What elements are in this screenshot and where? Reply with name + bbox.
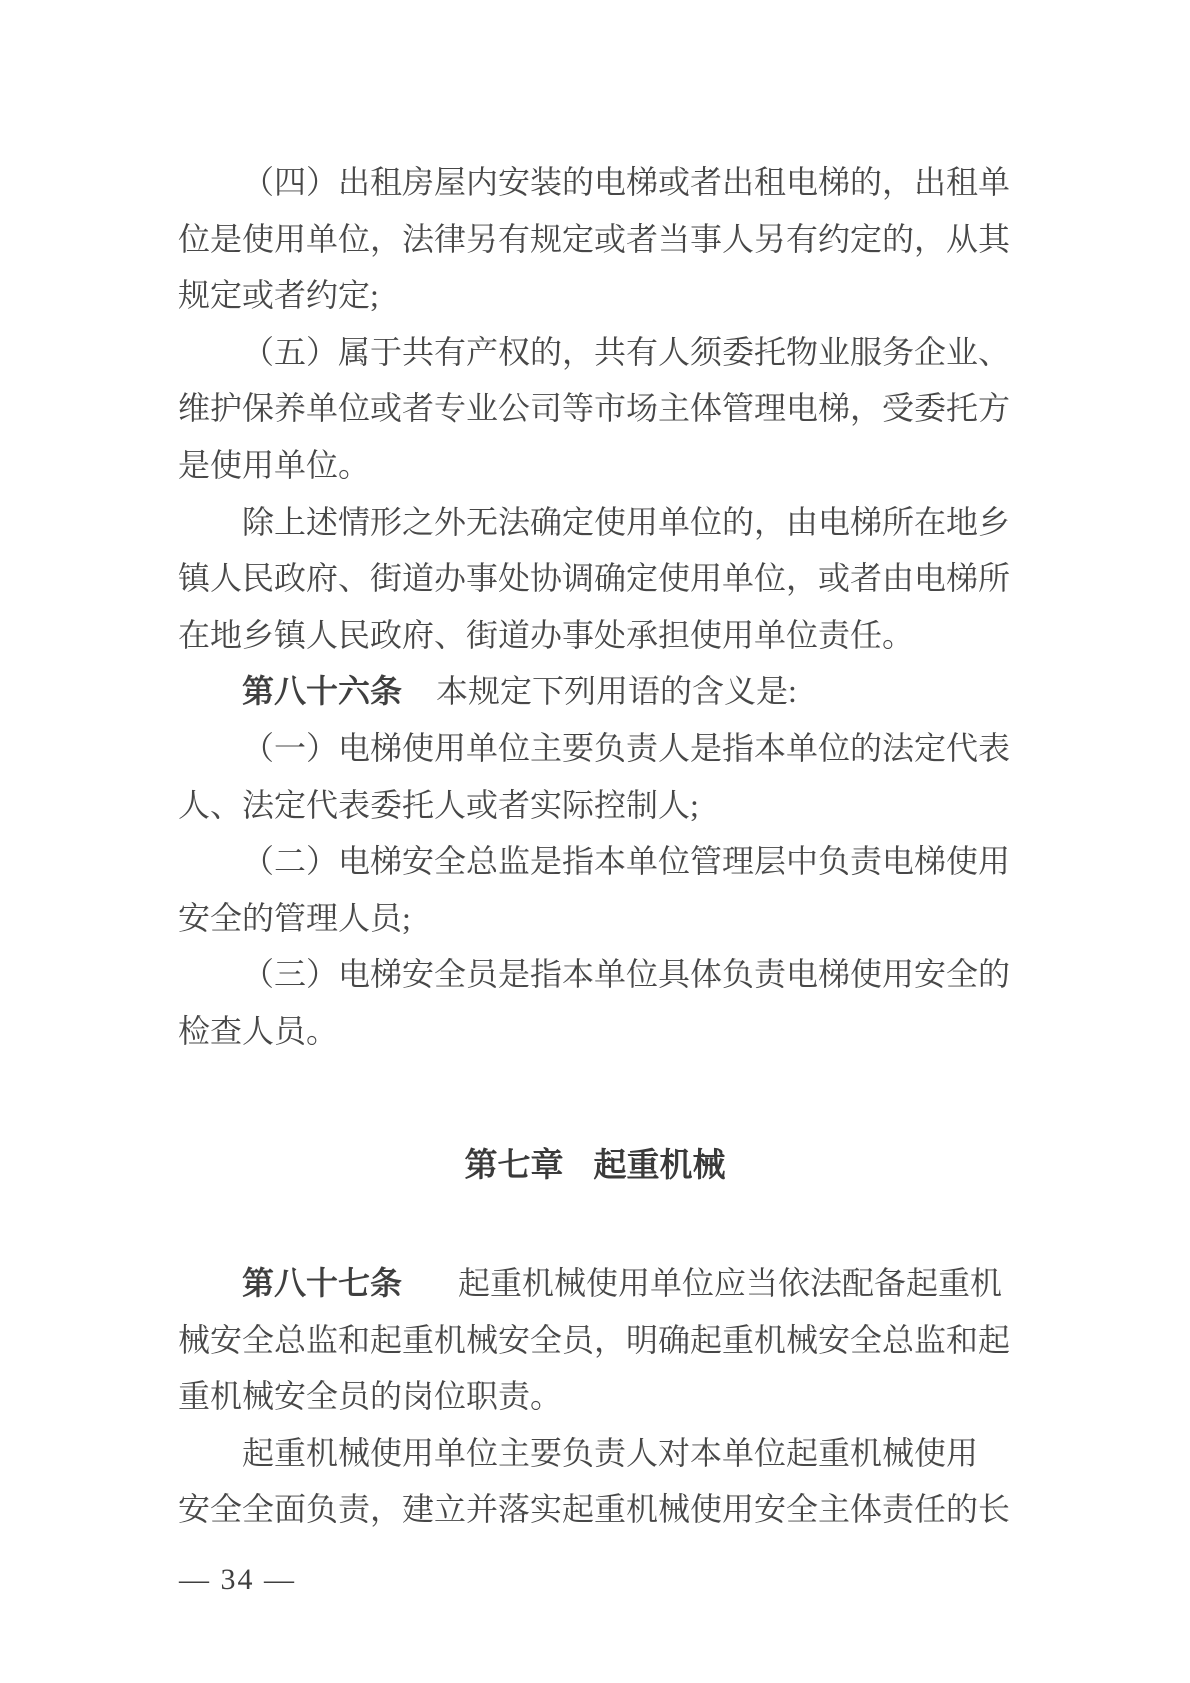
body-text-block-lower: 第八十七条起重机械使用单位应当依法配备起重机 械安全总监和起重机械安全员，明确起… (178, 1255, 1014, 1538)
body-line: 规定或者约定; (178, 267, 1014, 324)
article-87-text: 起重机械使用单位应当依法配备起重机 (458, 1265, 1002, 1301)
body-line: （四）出租房屋内安装的电梯或者出租电梯的，出租单 (178, 154, 1014, 211)
chapter-heading: 第七章起重机械 (0, 1140, 1190, 1190)
chapter-number: 第七章 (465, 1146, 564, 1183)
body-line: 起重机械使用单位主要负责人对本单位起重机械使用 (178, 1425, 1014, 1482)
body-line: 人、法定代表委托人或者实际控制人; (178, 777, 1014, 834)
body-line: 安全全面负责，建立并落实起重机械使用安全主体责任的长 (178, 1481, 1014, 1538)
body-line: 镇人民政府、街道办事处协调确定使用单位，或者由电梯所 (178, 550, 1014, 607)
article-87-number: 第八十七条 (242, 1265, 402, 1301)
body-line: （一）电梯使用单位主要负责人是指本单位的法定代表 (178, 720, 1014, 777)
body-line: （二）电梯安全总监是指本单位管理层中负责电梯使用 (178, 833, 1014, 890)
body-line: （五）属于共有产权的，共有人须委托物业服务企业、 (178, 324, 1014, 381)
article-86-number: 第八十六条 (242, 673, 402, 709)
body-line: （三）电梯安全员是指本单位具体负责电梯使用安全的 (178, 946, 1014, 1003)
body-line: 维护保养单位或者专业公司等市场主体管理电梯，受委托方 (178, 380, 1014, 437)
body-line: 在地乡镇人民政府、街道办事处承担使用单位责任。 (178, 607, 1014, 664)
body-line: 安全的管理人员; (178, 890, 1014, 947)
document-page: （四）出租房屋内安装的电梯或者出租电梯的，出租单 位是使用单位，法律另有规定或者… (0, 0, 1190, 1683)
body-line: 械安全总监和起重机械安全员，明确起重机械安全总监和起 (178, 1312, 1014, 1369)
chapter-title: 起重机械 (594, 1146, 726, 1183)
article-87-line: 第八十七条起重机械使用单位应当依法配备起重机 (178, 1255, 1014, 1312)
body-line: 重机械安全员的岗位职责。 (178, 1368, 1014, 1425)
article-86-text: 本规定下列用语的含义是: (436, 673, 797, 709)
body-line: 检查人员。 (178, 1003, 1014, 1060)
body-line: 位是使用单位，法律另有规定或者当事人另有约定的，从其 (178, 211, 1014, 268)
body-line: 是使用单位。 (178, 437, 1014, 494)
body-line: 除上述情形之外无法确定使用单位的，由电梯所在地乡 (178, 494, 1014, 551)
body-text-block-upper: （四）出租房屋内安装的电梯或者出租电梯的，出租单 位是使用单位，法律另有规定或者… (178, 154, 1014, 1060)
article-86-line: 第八十六条本规定下列用语的含义是: (178, 663, 1014, 720)
page-number: — 34 — (179, 1561, 296, 1599)
